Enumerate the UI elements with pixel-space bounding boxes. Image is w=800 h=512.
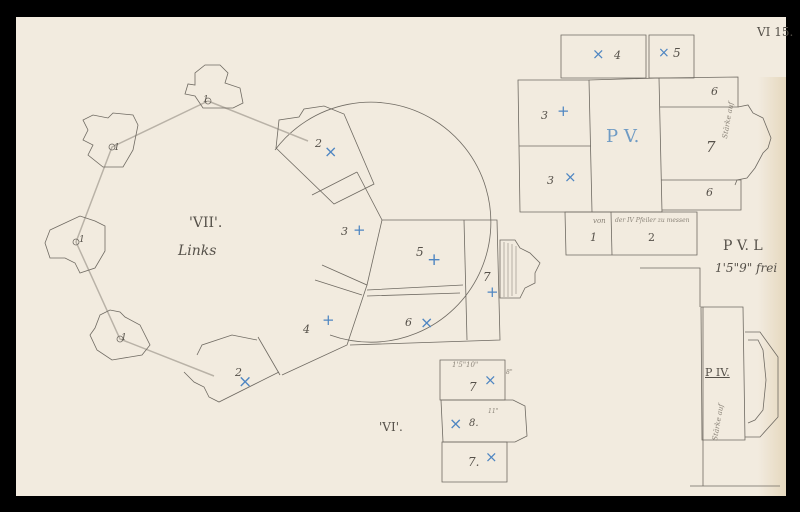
block-number: 8. [469, 419, 479, 429]
blue-plus-mark: + [353, 223, 366, 238]
blue-plus-mark: + [486, 285, 499, 300]
blue-cross-mark: × [658, 46, 670, 60]
blue-cross-mark: × [485, 450, 498, 465]
plan-vii-subtitle: Links [178, 244, 216, 258]
blue-plus-mark: + [557, 104, 570, 119]
block-number: 5 [416, 246, 424, 258]
pier-number: 1 [121, 334, 127, 343]
block-number: 4 [614, 50, 621, 61]
block-note: der IV Pfeiler zu messen [615, 218, 693, 224]
blue-cross-mark: × [564, 170, 577, 185]
segment-number: 2 [315, 138, 322, 149]
block-number: 2 [648, 232, 655, 243]
block-number: 7 [483, 271, 491, 283]
block-number: 6 [405, 317, 412, 328]
block-number: 1 [590, 232, 597, 243]
blue-cross-mark: × [484, 373, 497, 388]
segment-number: 4 [303, 324, 310, 335]
plan-v-title: P V. [606, 128, 639, 146]
block-number: 3 [541, 110, 548, 121]
blue-cross-mark: × [420, 315, 433, 331]
block-number: 7 [469, 381, 477, 393]
plan-vi-title: 'VI'. [379, 421, 403, 433]
plan-iv-title: P IV. [705, 367, 730, 378]
blue-cross-mark: × [592, 47, 605, 62]
plan-vi-dimension-side: 8" [506, 370, 513, 376]
blue-cross-mark: × [324, 144, 337, 160]
plan-vi-dimension-top: 1'5"10" [452, 362, 478, 369]
blue-cross-mark: × [238, 374, 252, 391]
sheet-reference: VI 15. [757, 26, 793, 38]
pier-number: 1 [203, 96, 209, 105]
block-number: 6 [706, 187, 713, 198]
pier-number: 1 [79, 236, 85, 245]
block-number: 7 [706, 140, 716, 155]
pier-number: 1 [114, 144, 120, 153]
block-number: 6 [711, 86, 718, 97]
plan-vii-inner-arc [275, 102, 491, 342]
plan-vii-title: 'VII'. [189, 216, 222, 230]
segment-number: 3 [341, 226, 348, 237]
blue-plus-mark: + [427, 252, 441, 269]
block-note: von [593, 218, 606, 225]
block-number: 5 [673, 47, 681, 59]
plan-v-l-dimension: 1'5"9" frei [715, 262, 777, 274]
architectural-plan-drawing [0, 0, 800, 512]
block-number: 7. [468, 456, 479, 468]
block-number: 3 [547, 175, 554, 186]
plan-v-l-title: P V. L [723, 239, 763, 253]
blue-cross-mark: × [449, 416, 462, 432]
blue-plus-mark: + [322, 313, 335, 328]
plan-vi-dimension-mid: 11" [488, 409, 498, 415]
